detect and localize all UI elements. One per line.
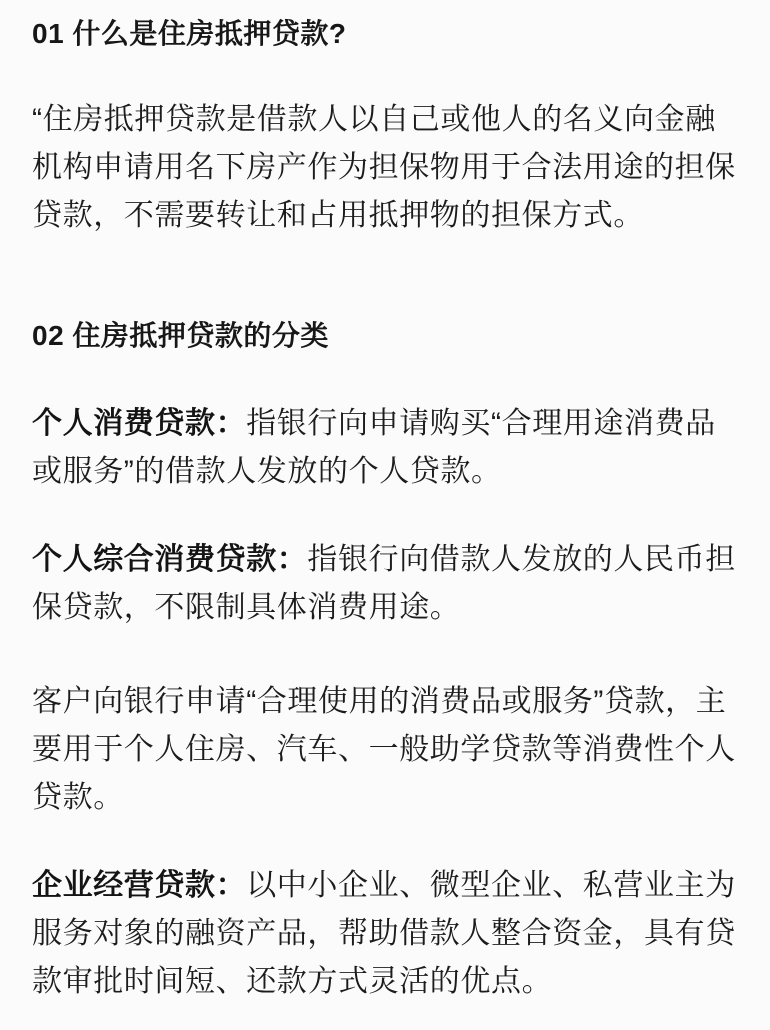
section-heading-02: 02 住房抵押贷款的分类 bbox=[32, 316, 738, 356]
paragraph-lead: 个人消费贷款： bbox=[32, 407, 246, 440]
paragraph-mortgage-definition: “住房抵押贷款是借款人以自己或他人的名义向金融机构申请用名下房产作为担保物用于合… bbox=[32, 96, 738, 240]
paragraph-business-operation-loan: 企业经营贷款：以中小企业、微型企业、私营业主为服务对象的融资产品，帮助借款人整合… bbox=[32, 862, 738, 1006]
section-heading-01: 01 什么是住房抵押贷款? bbox=[32, 14, 738, 54]
paragraph-lead: 个人综合消费贷款： bbox=[32, 543, 307, 576]
paragraph-personal-consumer-loan: 个人消费贷款：指银行向申请购买“合理用途消费品或服务”的借款人发放的个人贷款。 bbox=[32, 400, 738, 496]
paragraph-lead: 企业经营贷款： bbox=[32, 869, 246, 902]
paragraph-comprehensive-consumer-loan: 个人综合消费贷款：指银行向借款人发放的人民币担保贷款，不限制具体消费用途。 bbox=[32, 536, 738, 632]
document-body: 01 什么是住房抵押贷款? “住房抵押贷款是借款人以自己或他人的名义向金融机构申… bbox=[0, 0, 770, 1006]
paragraph-customer-application: 客户向银行申请“合理使用的消费品或服务”贷款，主要用于个人住房、汽车、一般助学贷… bbox=[32, 678, 738, 822]
paragraph-text: 客户向银行申请“合理使用的消费品或服务”贷款，主要用于个人住房、汽车、一般助学贷… bbox=[32, 685, 736, 814]
paragraph-text: “住房抵押贷款是借款人以自己或他人的名义向金融机构申请用名下房产作为担保物用于合… bbox=[32, 103, 736, 232]
